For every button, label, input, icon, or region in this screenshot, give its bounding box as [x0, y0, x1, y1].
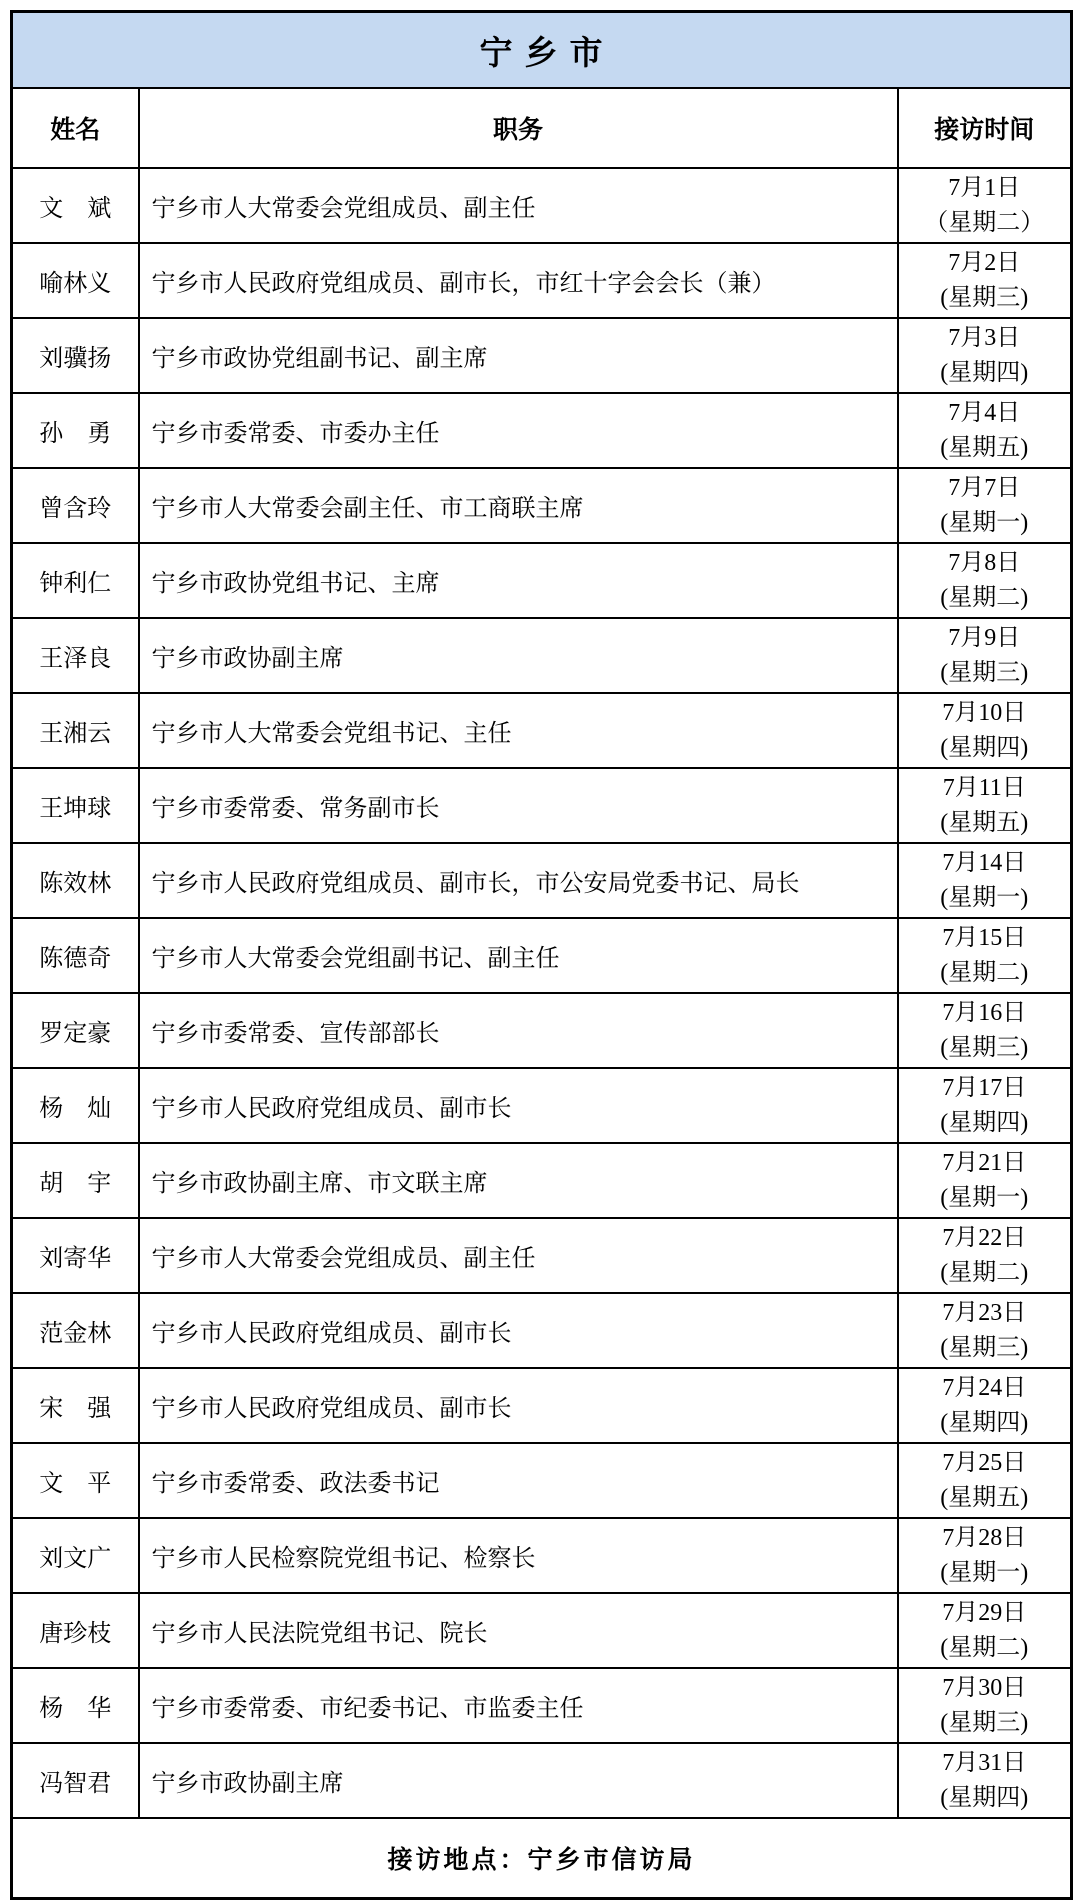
table-row: 喻林义 宁乡市人民政府党组成员、副市长，市红十字会会长（兼） 7月2日 (星期三…	[12, 243, 1072, 318]
visit-week-line: (星期二)	[899, 1256, 1071, 1290]
table-row: 胡 宇 宁乡市政协副主席、市文联主席 7月21日 (星期一)	[12, 1143, 1072, 1218]
official-name: 王湘云	[12, 693, 139, 768]
table-row: 刘寄华 宁乡市人大常委会党组成员、副主任 7月22日 (星期二)	[12, 1218, 1072, 1293]
visit-week-line: (星期三)	[899, 1331, 1071, 1365]
visit-date: 7月11日 (星期五)	[898, 768, 1072, 843]
visit-date: 7月31日 (星期四)	[898, 1743, 1072, 1818]
official-position: 宁乡市政协党组副书记、副主席	[139, 318, 898, 393]
visit-date: 7月23日 (星期三)	[898, 1293, 1072, 1368]
visit-date-line: 7月15日	[899, 921, 1071, 955]
table-row: 曾含玲 宁乡市人大常委会副主任、市工商联主席 7月7日 (星期一)	[12, 468, 1072, 543]
official-position: 宁乡市人大常委会党组副书记、副主任	[139, 918, 898, 993]
official-position: 宁乡市政协副主席	[139, 618, 898, 693]
official-position: 宁乡市委常委、常务副市长	[139, 768, 898, 843]
visit-date: 7月15日 (星期二)	[898, 918, 1072, 993]
visit-date-line: 7月14日	[899, 846, 1071, 880]
official-name: 王泽良	[12, 618, 139, 693]
official-name: 刘骥扬	[12, 318, 139, 393]
visit-date-line: 7月1日	[899, 171, 1071, 205]
table-body: 文 斌 宁乡市人大常委会党组成员、副主任 7月1日 （星期二） 喻林义 宁乡市人…	[12, 168, 1072, 1818]
visit-date: 7月4日 (星期五)	[898, 393, 1072, 468]
table-row: 王泽良 宁乡市政协副主席 7月9日 (星期三)	[12, 618, 1072, 693]
visit-date-line: 7月3日	[899, 321, 1071, 355]
official-position: 宁乡市人民政府党组成员、副市长	[139, 1368, 898, 1443]
official-name: 喻林义	[12, 243, 139, 318]
visit-date: 7月28日 (星期一)	[898, 1518, 1072, 1593]
official-name: 胡 宇	[12, 1143, 139, 1218]
visit-date-line: 7月22日	[899, 1221, 1071, 1255]
visit-week-line: (星期一)	[899, 1556, 1071, 1590]
table-row: 范金林 宁乡市人民政府党组成员、副市长 7月23日 (星期三)	[12, 1293, 1072, 1368]
official-position: 宁乡市人民政府党组成员、副市长，市红十字会会长（兼）	[139, 243, 898, 318]
visit-week-line: (星期一)	[899, 1181, 1071, 1215]
visit-date-line: 7月10日	[899, 696, 1071, 730]
official-name: 刘寄华	[12, 1218, 139, 1293]
visit-week-line: (星期三)	[899, 1706, 1071, 1740]
visit-date-line: 7月2日	[899, 246, 1071, 280]
official-name: 范金林	[12, 1293, 139, 1368]
official-name: 唐珍枝	[12, 1593, 139, 1668]
table-row: 钟利仁 宁乡市政协党组书记、主席 7月8日 (星期二)	[12, 543, 1072, 618]
visit-week-line: (星期三)	[899, 1031, 1071, 1065]
visit-date-line: 7月30日	[899, 1671, 1071, 1705]
official-position: 宁乡市政协副主席、市文联主席	[139, 1143, 898, 1218]
visit-date: 7月24日 (星期四)	[898, 1368, 1072, 1443]
visit-week-line: (星期二)	[899, 581, 1071, 615]
table-row: 陈效林 宁乡市人民政府党组成员、副市长，市公安局党委书记、局长 7月14日 (星…	[12, 843, 1072, 918]
official-position: 宁乡市人民政府党组成员、副市长	[139, 1293, 898, 1368]
official-name: 宋 强	[12, 1368, 139, 1443]
official-name: 钟利仁	[12, 543, 139, 618]
visit-week-line: (星期二)	[899, 956, 1071, 990]
official-position: 宁乡市人民政府党组成员、副市长	[139, 1068, 898, 1143]
visit-date: 7月25日 (星期五)	[898, 1443, 1072, 1518]
official-name: 陈效林	[12, 843, 139, 918]
visit-week-line: (星期四)	[899, 1106, 1071, 1140]
table-row: 刘骥扬 宁乡市政协党组副书记、副主席 7月3日 (星期四)	[12, 318, 1072, 393]
table-row: 杨 华 宁乡市委常委、市纪委书记、市监委主任 7月30日 (星期三)	[12, 1668, 1072, 1743]
visit-date: 7月9日 (星期三)	[898, 618, 1072, 693]
footer-row: 接访地点：宁乡市信访局	[12, 1818, 1072, 1899]
table-row: 陈德奇 宁乡市人大常委会党组副书记、副主任 7月15日 (星期二)	[12, 918, 1072, 993]
official-name: 曾含玲	[12, 468, 139, 543]
footer-location: 接访地点：宁乡市信访局	[12, 1818, 1072, 1899]
visit-date: 7月17日 (星期四)	[898, 1068, 1072, 1143]
official-name: 文 斌	[12, 168, 139, 243]
visit-week-line: (星期五)	[899, 806, 1071, 840]
visit-date-line: 7月25日	[899, 1446, 1071, 1480]
official-position: 宁乡市人大常委会副主任、市工商联主席	[139, 468, 898, 543]
visit-date-line: 7月17日	[899, 1071, 1071, 1105]
visit-date-line: 7月7日	[899, 471, 1071, 505]
visit-date: 7月3日 (星期四)	[898, 318, 1072, 393]
visit-week-line: (星期四)	[899, 1406, 1071, 1440]
visit-date: 7月16日 (星期三)	[898, 993, 1072, 1068]
table-row: 冯智君 宁乡市政协副主席 7月31日 (星期四)	[12, 1743, 1072, 1818]
visit-date-line: 7月23日	[899, 1296, 1071, 1330]
visit-date: 7月2日 (星期三)	[898, 243, 1072, 318]
visit-date-line: 7月4日	[899, 396, 1071, 430]
visit-date: 7月8日 (星期二)	[898, 543, 1072, 618]
title-row: 宁乡市	[12, 12, 1072, 89]
visit-date-line: 7月21日	[899, 1146, 1071, 1180]
table-row: 宋 强 宁乡市人民政府党组成员、副市长 7月24日 (星期四)	[12, 1368, 1072, 1443]
official-position: 宁乡市人民法院党组书记、院长	[139, 1593, 898, 1668]
visit-date-line: 7月16日	[899, 996, 1071, 1030]
column-header-time: 接访时间	[898, 88, 1072, 168]
table-row: 罗定豪 宁乡市委常委、宣传部部长 7月16日 (星期三)	[12, 993, 1072, 1068]
visit-week-line: (星期五)	[899, 1481, 1071, 1515]
visit-week-line: (星期二)	[899, 1631, 1071, 1665]
visit-date: 7月1日 （星期二）	[898, 168, 1072, 243]
official-position: 宁乡市人民检察院党组书记、检察长	[139, 1518, 898, 1593]
visit-date: 7月22日 (星期二)	[898, 1218, 1072, 1293]
official-position: 宁乡市委常委、政法委书记	[139, 1443, 898, 1518]
visit-date: 7月30日 (星期三)	[898, 1668, 1072, 1743]
table-row: 文 斌 宁乡市人大常委会党组成员、副主任 7月1日 （星期二）	[12, 168, 1072, 243]
visit-date-line: 7月24日	[899, 1371, 1071, 1405]
table-row: 刘文广 宁乡市人民检察院党组书记、检察长 7月28日 (星期一)	[12, 1518, 1072, 1593]
visit-week-line: (星期四)	[899, 731, 1071, 765]
table-row: 王湘云 宁乡市人大常委会党组书记、主任 7月10日 (星期四)	[12, 693, 1072, 768]
column-header-position: 职务	[139, 88, 898, 168]
official-name: 文 平	[12, 1443, 139, 1518]
visit-date: 7月29日 (星期二)	[898, 1593, 1072, 1668]
table-row: 孙 勇 宁乡市委常委、市委办主任 7月4日 (星期五)	[12, 393, 1072, 468]
visit-week-line: (星期三)	[899, 281, 1071, 315]
official-position: 宁乡市人大常委会党组成员、副主任	[139, 1218, 898, 1293]
visit-week-line: (星期一)	[899, 881, 1071, 915]
official-name: 孙 勇	[12, 393, 139, 468]
visit-week-line: （星期二）	[899, 206, 1071, 240]
official-name: 王坤球	[12, 768, 139, 843]
visit-date: 7月21日 (星期一)	[898, 1143, 1072, 1218]
official-position: 宁乡市委常委、宣传部部长	[139, 993, 898, 1068]
official-name: 杨 华	[12, 1668, 139, 1743]
visit-date-line: 7月29日	[899, 1596, 1071, 1630]
official-position: 宁乡市政协副主席	[139, 1743, 898, 1818]
official-name: 刘文广	[12, 1518, 139, 1593]
visit-date: 7月14日 (星期一)	[898, 843, 1072, 918]
table-title: 宁乡市	[12, 12, 1072, 89]
official-name: 杨 灿	[12, 1068, 139, 1143]
table-row: 唐珍枝 宁乡市人民法院党组书记、院长 7月29日 (星期二)	[12, 1593, 1072, 1668]
official-position: 宁乡市委常委、市纪委书记、市监委主任	[139, 1668, 898, 1743]
column-header-row: 姓名 职务 接访时间	[12, 88, 1072, 168]
official-position: 宁乡市人民政府党组成员、副市长，市公安局党委书记、局长	[139, 843, 898, 918]
official-name: 陈德奇	[12, 918, 139, 993]
visit-week-line: (星期三)	[899, 656, 1071, 690]
visit-date-line: 7月11日	[899, 771, 1071, 805]
visit-week-line: (星期四)	[899, 1781, 1071, 1815]
visit-date-line: 7月8日	[899, 546, 1071, 580]
visit-date-line: 7月9日	[899, 621, 1071, 655]
table-row: 文 平 宁乡市委常委、政法委书记 7月25日 (星期五)	[12, 1443, 1072, 1518]
visit-date-line: 7月31日	[899, 1746, 1071, 1780]
official-name: 冯智君	[12, 1743, 139, 1818]
official-position: 宁乡市政协党组书记、主席	[139, 543, 898, 618]
schedule-sheet: 宁乡市 姓名 职务 接访时间 文 斌 宁乡市人大常委会党组成员、副主任 7月1日…	[10, 10, 1070, 1900]
visit-week-line: (星期五)	[899, 431, 1071, 465]
column-header-name: 姓名	[12, 88, 139, 168]
official-position: 宁乡市人大常委会党组书记、主任	[139, 693, 898, 768]
visit-date: 7月10日 (星期四)	[898, 693, 1072, 768]
table-row: 王坤球 宁乡市委常委、常务副市长 7月11日 (星期五)	[12, 768, 1072, 843]
visit-date-line: 7月28日	[899, 1521, 1071, 1555]
reception-schedule-table: 宁乡市 姓名 职务 接访时间 文 斌 宁乡市人大常委会党组成员、副主任 7月1日…	[10, 10, 1073, 1900]
official-position: 宁乡市委常委、市委办主任	[139, 393, 898, 468]
official-position: 宁乡市人大常委会党组成员、副主任	[139, 168, 898, 243]
official-name: 罗定豪	[12, 993, 139, 1068]
visit-date: 7月7日 (星期一)	[898, 468, 1072, 543]
visit-week-line: (星期一)	[899, 506, 1071, 540]
visit-week-line: (星期四)	[899, 356, 1071, 390]
table-row: 杨 灿 宁乡市人民政府党组成员、副市长 7月17日 (星期四)	[12, 1068, 1072, 1143]
